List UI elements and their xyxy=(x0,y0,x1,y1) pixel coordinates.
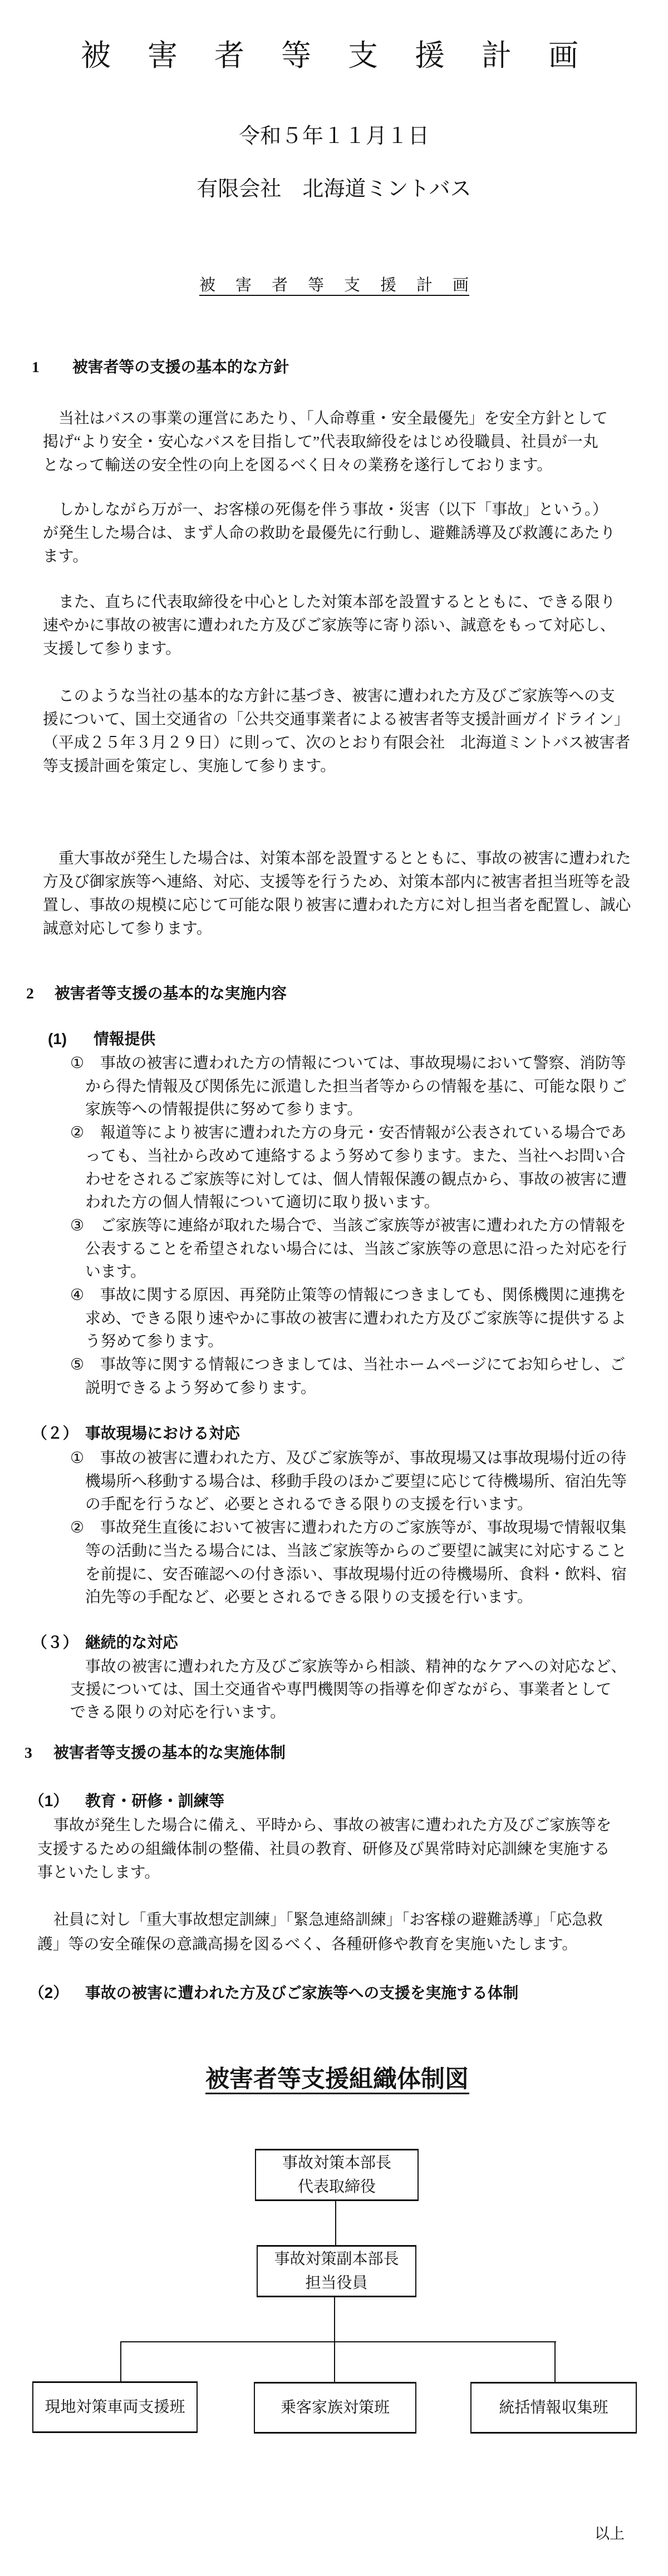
org-node-team-label: 現地対策車両支援班 xyxy=(45,2395,185,2419)
subsection-2-3-title: 継続的な対応 xyxy=(85,1631,178,1654)
subsection-3-2-title: 事故の被害に遭われた方及びご家族等への支援を実施する体制 xyxy=(85,1981,518,2005)
paragraph-line: となって輸送の安全性の向上を図るべく日々の業務を遂行しております。 xyxy=(43,454,552,477)
subsection-2-1-title: 情報提供 xyxy=(94,1027,155,1051)
document-page: 被害者等支援計画 令和５年１１月１日 有限会社 北海道ミントバス 被害者等支援計… xyxy=(0,0,668,2576)
item-line: 機場所へ移動する場合は、移動手段のほかご要望に応じて待機場所、宿泊先等 xyxy=(85,1470,627,1494)
paragraph-line: 援について、国土交通省の「公共交通事業者による被害者等支援計画ガイドライン」 xyxy=(43,708,630,731)
item-line: われた方の個人情報について適切に取り扱います。 xyxy=(85,1191,440,1214)
org-chart-title-underline xyxy=(205,2093,469,2094)
item-line: から得た情報及び関係先に派遣した担当者等からの情報を基に、可能な限りご xyxy=(85,1075,627,1099)
item-line: 家族等への情報提供に努めて参ります。 xyxy=(85,1098,362,1121)
paragraph-line: 速やかに事故の被害に遭われた方及びご家族等に寄り添い、誠意をもって対応し、 xyxy=(43,614,616,637)
item-line: 説明できるよう努めて参ります。 xyxy=(85,1377,316,1400)
org-node-deputy-person: 担当役員 xyxy=(305,2271,367,2295)
item-line: 事故の被害に遭われた方の情報については、事故現場において警察、消防等 xyxy=(100,1052,626,1075)
paragraph-line: 方及び御家族等へ連絡、対応、支援等を行うため、対策本部内に被害者担当班等を設 xyxy=(43,871,630,894)
paragraph-line: （平成２５年３月２９日）に則って、次のとおり有限会社 北海道ミントバス被害者 xyxy=(43,731,630,755)
item-marker: ② xyxy=(70,1516,84,1540)
subsection-3-2-label: （2） xyxy=(29,1981,68,2005)
item-line: 事故等に関する情報につきましては、当社ホームページにてお知らせし、ご xyxy=(100,1353,625,1377)
org-connector-line xyxy=(120,2341,121,2382)
section-3-number: 3 xyxy=(24,1742,32,1765)
org-chart-title: 被害者等支援組織体制図 xyxy=(205,2065,469,2093)
org-node-deputy: 事故対策副本部長 担当役員 xyxy=(257,2245,416,2297)
paragraph-line: このような当社の基本的な方針に基づき、被害に遭われた方及びご家族等への支 xyxy=(58,685,615,708)
section-2-number: 2 xyxy=(26,982,34,1006)
item-line: わせをされるご家族等に対しては、個人情報保護の観点から、事故の被害に遭 xyxy=(85,1168,627,1191)
paragraph-line: が発生した場合は、まず人命の救助を最優先に行動し、避難誘導及び救護にあたり xyxy=(43,522,616,545)
item-marker: ① xyxy=(70,1447,84,1470)
section-2-heading: 被害者等支援の基本的な実施内容 xyxy=(55,982,287,1006)
item-line: っても、当社から改めて連絡するよう努めて参ります。また、当社へお問い合 xyxy=(85,1145,626,1168)
item-marker: ④ xyxy=(70,1284,84,1307)
section-3-heading: 被害者等支援の基本的な実施体制 xyxy=(53,1742,286,1765)
item-line: う努めて参ります。 xyxy=(85,1330,223,1353)
paragraph-line: また、直ちに代表取締役を中心とした対策本部を設置するとともに、できる限り xyxy=(58,591,616,614)
company-name: 有限会社 北海道ミントバス xyxy=(0,176,668,202)
paragraph-line: しかしながら万が一、お客様の死傷を伴う事故・災害（以下「事故」という。） xyxy=(58,498,608,522)
item-line: 事故の被害に遭われた方、及びご家族等が、事故現場又は事故現場付近の待 xyxy=(100,1447,626,1470)
paragraph-line: 護」等の安全確保の意識高揚を図るべく、各種研修や教育を実施いたします。 xyxy=(37,1933,577,1956)
item-marker: ③ xyxy=(70,1214,84,1238)
org-node-team-family: 乗客家族対策班 xyxy=(254,2382,416,2434)
paragraph-line: 事故の被害に遭われた方及びご家族等から相談、精神的なケアへの対応など、 xyxy=(85,1655,626,1679)
item-marker: ⑤ xyxy=(70,1353,84,1377)
subsection-2-1-label: (1) xyxy=(48,1027,67,1051)
subsection-2-3-label: （３） xyxy=(32,1631,78,1654)
item-line: います。 xyxy=(85,1260,146,1284)
paragraph-line: 社員に対し「重大事故想定訓練」「緊急連絡訓練」「お客様の避難誘導」「応急救 xyxy=(53,1908,603,1932)
paragraph-line: 支援して参ります。 xyxy=(43,637,181,661)
org-node-team-onsite: 現地対策車両支援班 xyxy=(32,2381,198,2433)
item-line: 報道等により被害に遭われた方の身元・安否情報が公表されている場合であ xyxy=(100,1121,626,1145)
org-node-team-label: 乗客家族対策班 xyxy=(281,2396,390,2420)
paragraph-line: ます。 xyxy=(43,545,88,568)
org-node-head: 事故対策本部長 代表取締役 xyxy=(255,2149,419,2201)
item-line: 公表することを希望されない場合には、当該ご家族等の意思に沿った対応を行 xyxy=(85,1238,627,1261)
subsection-3-1-label: （1） xyxy=(29,1789,68,1813)
document-title: 被害者等支援計画 xyxy=(81,39,615,72)
org-node-deputy-role: 事故対策副本部長 xyxy=(274,2247,399,2271)
paragraph-line: 誠意対応して参ります。 xyxy=(43,917,212,941)
paragraph-line: 掲げ“より安全・安心なバスを目指して”代表取締役をはじめ役職員、社員が一丸 xyxy=(43,431,598,454)
org-connector-line xyxy=(334,2297,335,2342)
paragraph-line: 事故が発生した場合に備え、平時から、事故の被害に遭われた方及びご家族等を xyxy=(53,1814,611,1837)
paragraph-line: 事といたします。 xyxy=(37,1861,160,1885)
item-line: 事故発生直後において被害に遭われた方のご家族等が、事故現場で情報収集 xyxy=(100,1516,626,1540)
item-line: を前提に、安否確認への付き添い、事故現場付近の待機場所、食料・飲料、宿 xyxy=(85,1563,627,1586)
subsection-3-1-title: 教育・研修・訓練等 xyxy=(85,1789,224,1813)
subsection-2-2-title: 事故現場における対応 xyxy=(85,1422,240,1445)
org-node-team-label: 統括情報収集班 xyxy=(499,2396,608,2420)
paragraph-line: 等支援計画を策定し、実施して参ります。 xyxy=(43,755,336,778)
org-connector-line xyxy=(335,2201,336,2246)
item-line: の手配を行うなど、必要とされるできる限りの支援を行います。 xyxy=(85,1493,533,1516)
item-marker: ② xyxy=(70,1121,84,1145)
subtitle-underline xyxy=(199,295,469,296)
org-node-head-role: 事故対策本部長 xyxy=(282,2151,391,2175)
paragraph-line: できる限りの対応を行います。 xyxy=(70,1701,286,1724)
org-connector-line xyxy=(554,2341,556,2382)
org-node-head-person: 代表取締役 xyxy=(298,2175,376,2199)
paragraph-line: 重大事故が発生した場合は、対策本部を設置するとともに、事故の被害に遭われた xyxy=(58,847,631,871)
item-line: ご家族等に連絡が取れた場合で、当該ご家族等が被害に遭われた方の情報を xyxy=(100,1214,626,1238)
subsection-2-2-label: （２） xyxy=(32,1422,78,1445)
document-date: 令和５年１１月１日 xyxy=(0,123,668,149)
item-line: 事故に関する原因、再発防止策等の情報につきましても、関係機関に連携を xyxy=(100,1284,626,1307)
org-node-team-info: 統括情報収集班 xyxy=(470,2382,637,2434)
paragraph-line: 置し、事故の規模に応じて可能な限り被害に遭われた方に対し担当者を配置し、誠心 xyxy=(43,894,631,917)
org-connector-branch xyxy=(120,2341,556,2342)
paragraph-line: 支援するための組織体制の整備、社員の教育、研修及び異常時対応訓練を実施する xyxy=(37,1838,610,1861)
org-connector-line xyxy=(334,2341,335,2382)
section-1-number: 1 xyxy=(32,356,40,379)
item-line: 求め、できる限り速やかに事故の被害に遭われた方及びご家族等に提供するよ xyxy=(85,1307,626,1331)
item-line: 等の活動に当たる場合には、当該ご家族等からのご要望に誠実に対応すること xyxy=(85,1540,627,1563)
item-line: 泊先等の手配など、必要とされるできる限りの支援を行います。 xyxy=(85,1586,533,1609)
document-subtitle: 被害者等支援計画 xyxy=(199,275,489,295)
paragraph-line: 支援については、国土交通省や専門機関等の指導を仰ぎながら、事業者として xyxy=(70,1678,611,1702)
section-1-heading: 被害者等の支援の基本的な方針 xyxy=(72,356,289,379)
item-marker: ① xyxy=(70,1052,84,1075)
paragraph-line: 当社はバスの事業の運営にあたり、「人命尊重・安全最優先」を安全方針として xyxy=(58,407,608,431)
closing-mark: 以上 xyxy=(595,2525,625,2542)
